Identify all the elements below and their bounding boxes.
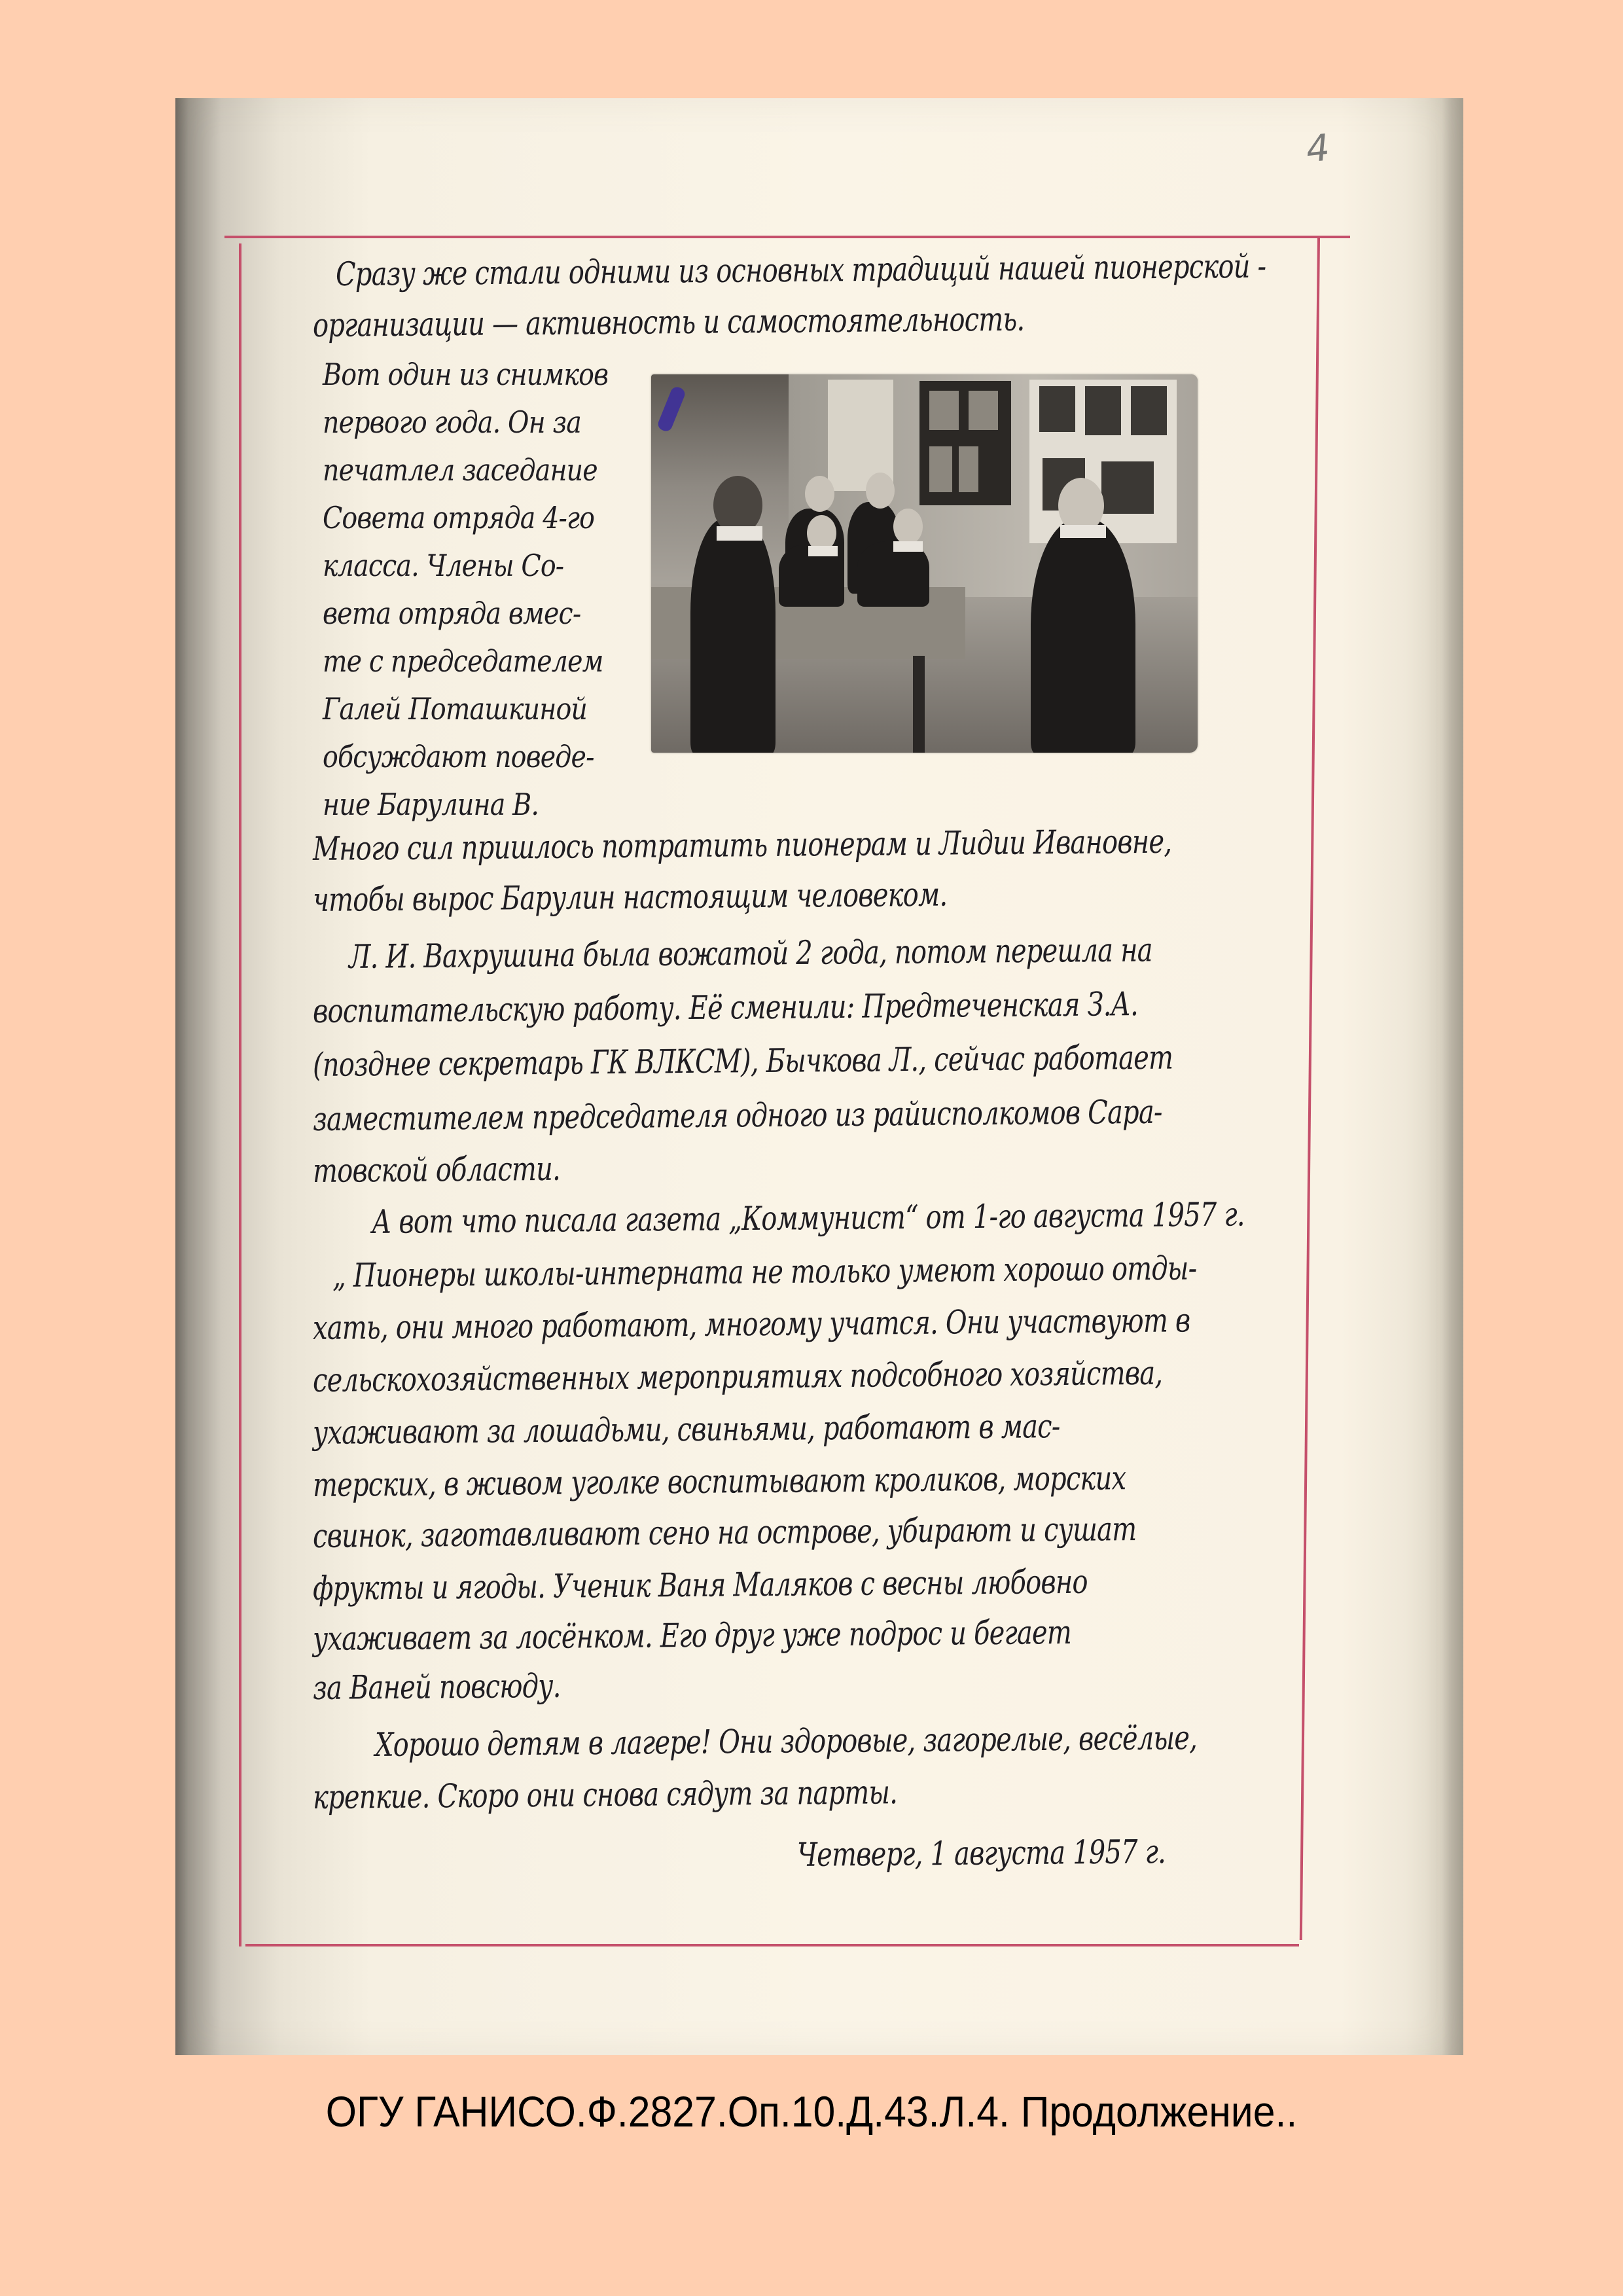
text-line: заместителем председателя одного из райи… (313, 1093, 1162, 1138)
text-line: Много сил пришлось потратить пионерам и … (313, 823, 1171, 868)
archive-page: 4 Сразу же стали одними из основных трад… (175, 98, 1463, 2055)
photo-side-line: обсуждают поведе- (323, 739, 594, 774)
photo-side-line: печатлел заседание (323, 452, 597, 488)
photo-side-line: Совета отряда 4-го (323, 500, 594, 535)
photo-side-line: класса. Члены Со- (323, 548, 563, 583)
text-line: (позднее секретарь ГК ВЛКСМ), Бычкова Л.… (313, 1039, 1173, 1084)
text-line: Л. И. Вахрушина была вожатой 2 года, пот… (349, 931, 1152, 976)
frame-top-line (224, 236, 1350, 238)
text-line: организации — активность и самостоятельн… (313, 300, 1025, 344)
text-line: ухаживает за лосёнком. Его друг уже подр… (313, 1613, 1071, 1658)
frame-right-line (1300, 238, 1320, 1940)
text-line: сельскохозяйственных мероприятиях подсоб… (313, 1354, 1163, 1399)
frame-bottom-line (245, 1944, 1299, 1946)
photo-side-line: первого года. Он за (323, 404, 581, 440)
text-line: свинок, заготавливают сено на острове, у… (313, 1510, 1137, 1555)
text-line: терских, в живом уголке воспитывают крол… (313, 1459, 1126, 1504)
archival-photo (651, 374, 1198, 753)
photo-side-line: вета отряда вмес- (323, 596, 580, 631)
text-line: за Ваней повсюду. (313, 1667, 561, 1707)
text-line: А вот что писала газета „Коммунист“ от 1… (372, 1195, 1245, 1241)
text-line: воспитательскую работу. Её сменили: Пред… (313, 985, 1138, 1030)
text-line: чтобы вырос Барулин настоящим человеком. (313, 876, 948, 919)
photo-side-line: Галей Поташкиной (323, 691, 587, 726)
photo-side-line: те с председателем (323, 643, 603, 679)
text-line: хать, они много работают, многому учатся… (313, 1301, 1190, 1347)
date-signature: Четверг, 1 августа 1957 г. (797, 1833, 1166, 1874)
frame-left-line (239, 243, 241, 1946)
text-line: товской области. (313, 1150, 560, 1190)
text-line: ухаживают за лошадьми, свиньями, работаю… (313, 1407, 1060, 1452)
photo-side-line: ние Барулина В. (323, 787, 539, 822)
text-line: Хорошо детям в лагере! Они здоровые, заг… (375, 1719, 1197, 1764)
archive-caption: ОГУ ГАНИСО.Ф.2827.Оп.10.Д.43.Л.4. Продол… (65, 2087, 1558, 2136)
text-line: фрукты и ягоды. Ученик Ваня Маляков с ве… (313, 1563, 1088, 1607)
text-line: „ Пионеры школы-интерната не только умею… (332, 1249, 1197, 1295)
photo-side-line: Вот один из снимков (323, 357, 608, 392)
text-line: Сразу же стали одними из основных традиц… (336, 247, 1266, 293)
text-line: крепкие. Скоро они снова сядут за парты. (313, 1773, 897, 1816)
page-number: 4 (1304, 126, 1332, 171)
